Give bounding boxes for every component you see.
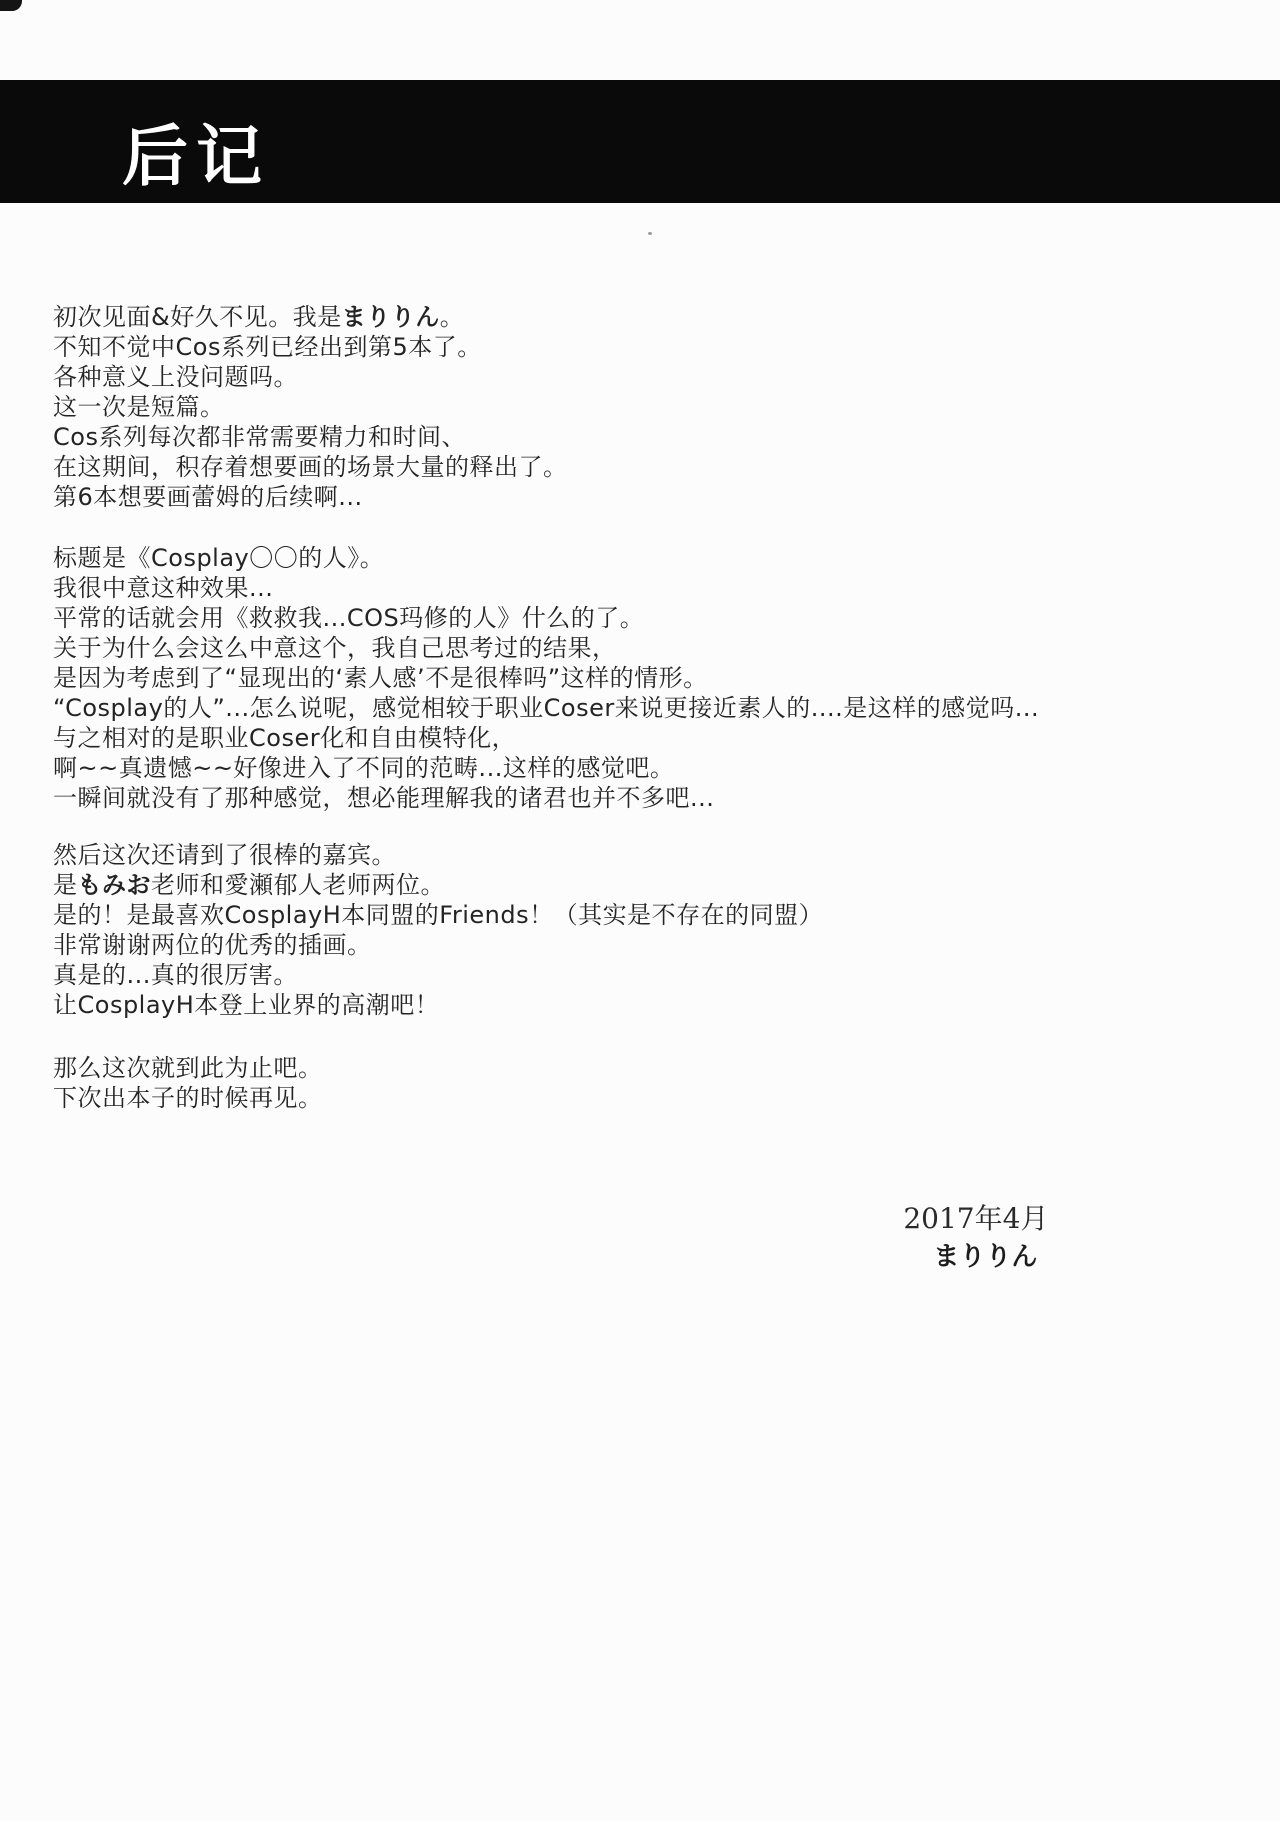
text-line: 让CosplayH本登上业界的高潮吧！ [53,990,823,1020]
page-title: 后记 [122,124,270,190]
text-line: 啊~~真遗憾~~好像进入了不同的范畴...这样的感觉吧。 [53,753,1039,783]
text-line: 在这期间，积存着想要画的场景大量的释出了。 [53,452,568,482]
text-line: 是的！是最喜欢CosplayH本同盟的Friends！（其实是不存在的同盟） [53,900,823,930]
signature-name: まりりん [933,1242,1037,1272]
text-line: 一瞬间就没有了那种感觉，想必能理解我的诸君也并不多吧... [53,783,1039,813]
text-line: 这一次是短篇。 [53,392,568,422]
text-line: 各种意义上没问题吗。 [53,362,568,392]
text-line: Cos系列每次都非常需要精力和时间、 [53,422,568,452]
text-line: 非常谢谢两位的优秀的插画。 [53,930,823,960]
scan-speck [648,232,652,235]
text-line: “Cosplay的人”...怎么说呢，感觉相较于职业Coser来说更接近素人的.… [53,693,1039,723]
paragraph-title-talk: 标题是《Cosplay〇〇的人》。 我很中意这种效果... 平常的话就会用《救救… [53,543,1039,813]
paragraph-closing: 那么这次就到此为止吧。 下次出本子的时候再见。 [53,1053,323,1113]
afterword-page: 后记 初次见面&好久不见。我是まりりん。 不知不觉中Cos系列已经出到第5本了。… [0,0,1280,1821]
signature-date: 2017年4月 [903,1202,1048,1235]
text-line: 真是的...真的很厉害。 [53,960,823,990]
text-line: 我很中意这种效果... [53,573,1039,603]
text-line: 标题是《Cosplay〇〇的人》。 [53,543,1039,573]
signature: 2017年4月 まりりん [883,1168,1048,1202]
text-line: 初次见面&好久不见。我是まりりん。 [53,302,568,332]
text-line: 那么这次就到此为止吧。 [53,1053,323,1083]
text-line: 关于为什么会这么中意这个，我自己思考过的结果， [53,633,1039,663]
scan-corner-mark [0,0,22,11]
paragraph-guests: 然后这次还请到了很棒的嘉宾。 是もみお老师和愛瀬郁人老师两位。 是的！是最喜欢C… [53,840,823,1020]
text-line: 平常的话就会用《救救我...COS玛修的人》什么的了。 [53,603,1039,633]
text-line: 不知不觉中Cos系列已经出到第5本了。 [53,332,568,362]
text-line: 然后这次还请到了很棒的嘉宾。 [53,840,823,870]
afterword-header-bar: 后记 [0,80,1280,203]
paragraph-intro: 初次见面&好久不见。我是まりりん。 不知不觉中Cos系列已经出到第5本了。 各种… [53,302,568,512]
text-line: 是因为考虑到了“显现出的‘素人感’不是很棒吗”这样的情形。 [53,663,1039,693]
text-line: 第6本想要画蕾姆的后续啊... [53,482,568,512]
text-line: 是もみお老师和愛瀬郁人老师两位。 [53,870,823,900]
text-line: 与之相对的是职业Coser化和自由模特化， [53,723,1039,753]
text-line: 下次出本子的时候再见。 [53,1083,323,1113]
